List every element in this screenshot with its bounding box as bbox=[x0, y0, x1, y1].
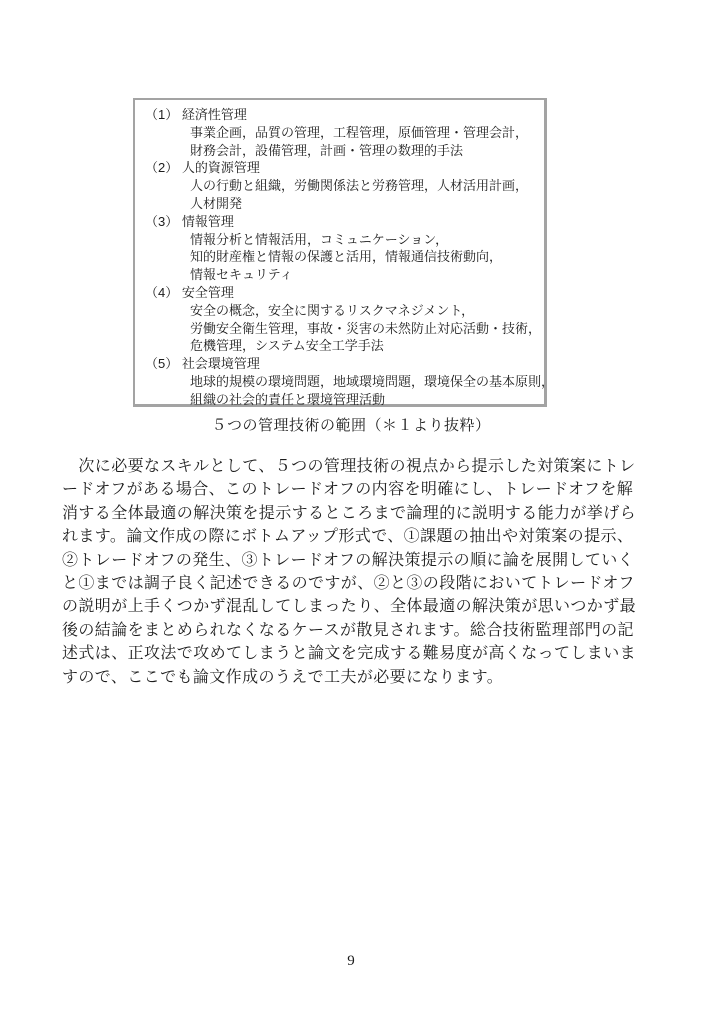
box-line: 安全の概念，安全に関するリスクマネジメント， bbox=[145, 302, 536, 320]
box-line: 事業企画，品質の管理，工程管理，原価管理・管理会計， bbox=[145, 124, 536, 142]
box-line: （2） 人的資源管理 bbox=[145, 159, 536, 177]
box-line: （5） 社会環境管理 bbox=[145, 355, 536, 373]
document-page: （1） 経済性管理 事業企画，品質の管理，工程管理，原価管理・管理会計， 財務会… bbox=[0, 0, 702, 1024]
box-line: 情報セキュリティ bbox=[145, 266, 536, 284]
box-line: 人の行動と組織，労働関係法と労務管理，人材活用計画， bbox=[145, 177, 536, 195]
body-line: ードオフがある場合、このトレードオフの内容を明確にし、トレードオフを解 bbox=[62, 478, 642, 501]
body-paragraph: 次に必要なスキルとして、５つの管理技術の視点から提示した対策案にトレ ードオフが… bbox=[62, 455, 642, 689]
box-line: 組織の社会的責任と環境管理活動 bbox=[145, 391, 536, 409]
body-line: ②トレードオフの発生、③トレードオフの解決策提示の順に論を展開していく bbox=[62, 549, 642, 572]
body-line: 消する全体最適の解決策を提示するところまで論理的に説明する能力が挙げら bbox=[62, 502, 642, 525]
body-line: と①までは調子良く記述できるのですが、②と③の段階においてトレードオフ bbox=[62, 572, 642, 595]
box-line: 情報分析と情報活用，コミュニケーション， bbox=[145, 231, 536, 249]
box-caption: ５つの管理技術の範囲（＊１より抜粋） bbox=[0, 414, 702, 435]
body-line: の説明が上手くつかず混乱してしまったり、全体最適の解決策が思いつかず最 bbox=[62, 595, 642, 618]
body-line: れます。論文作成の際にボトムアップ形式で、①課題の抽出や対策案の提示、 bbox=[62, 525, 642, 548]
box-line: （4） 安全管理 bbox=[145, 284, 536, 302]
body-line: 後の結論をまとめられなくなるケースが散見されます。総合技術監理部門の記 bbox=[62, 619, 642, 642]
box-line: 労働安全衛生管理，事故・災害の未然防止対応活動・技術， bbox=[145, 320, 536, 338]
body-line: すので、ここでも論文作成のうえで工夫が必要になります。 bbox=[62, 666, 642, 689]
body-line: 次に必要なスキルとして、５つの管理技術の視点から提示した対策案にトレ bbox=[62, 455, 642, 478]
box-line: （3） 情報管理 bbox=[145, 213, 536, 231]
management-skills-box: （1） 経済性管理 事業企画，品質の管理，工程管理，原価管理・管理会計， 財務会… bbox=[133, 98, 547, 407]
box-line: 人材開発 bbox=[145, 195, 536, 213]
box-line: 地球的規模の環境問題，地域環境問題，環境保全の基本原則， bbox=[145, 373, 536, 391]
box-line: 知的財産権と情報の保護と活用，情報通信技術動向， bbox=[145, 248, 536, 266]
box-line: 財務会計，設備管理，計画・管理の数理的手法 bbox=[145, 142, 536, 160]
box-line: 危機管理，システム安全工学手法 bbox=[145, 337, 536, 355]
box-line: （1） 経済性管理 bbox=[145, 106, 536, 124]
page-number: 9 bbox=[0, 953, 702, 970]
body-line: 述式は、正攻法で攻めてしまうと論文を完成する難易度が高くなってしまいま bbox=[62, 642, 642, 665]
